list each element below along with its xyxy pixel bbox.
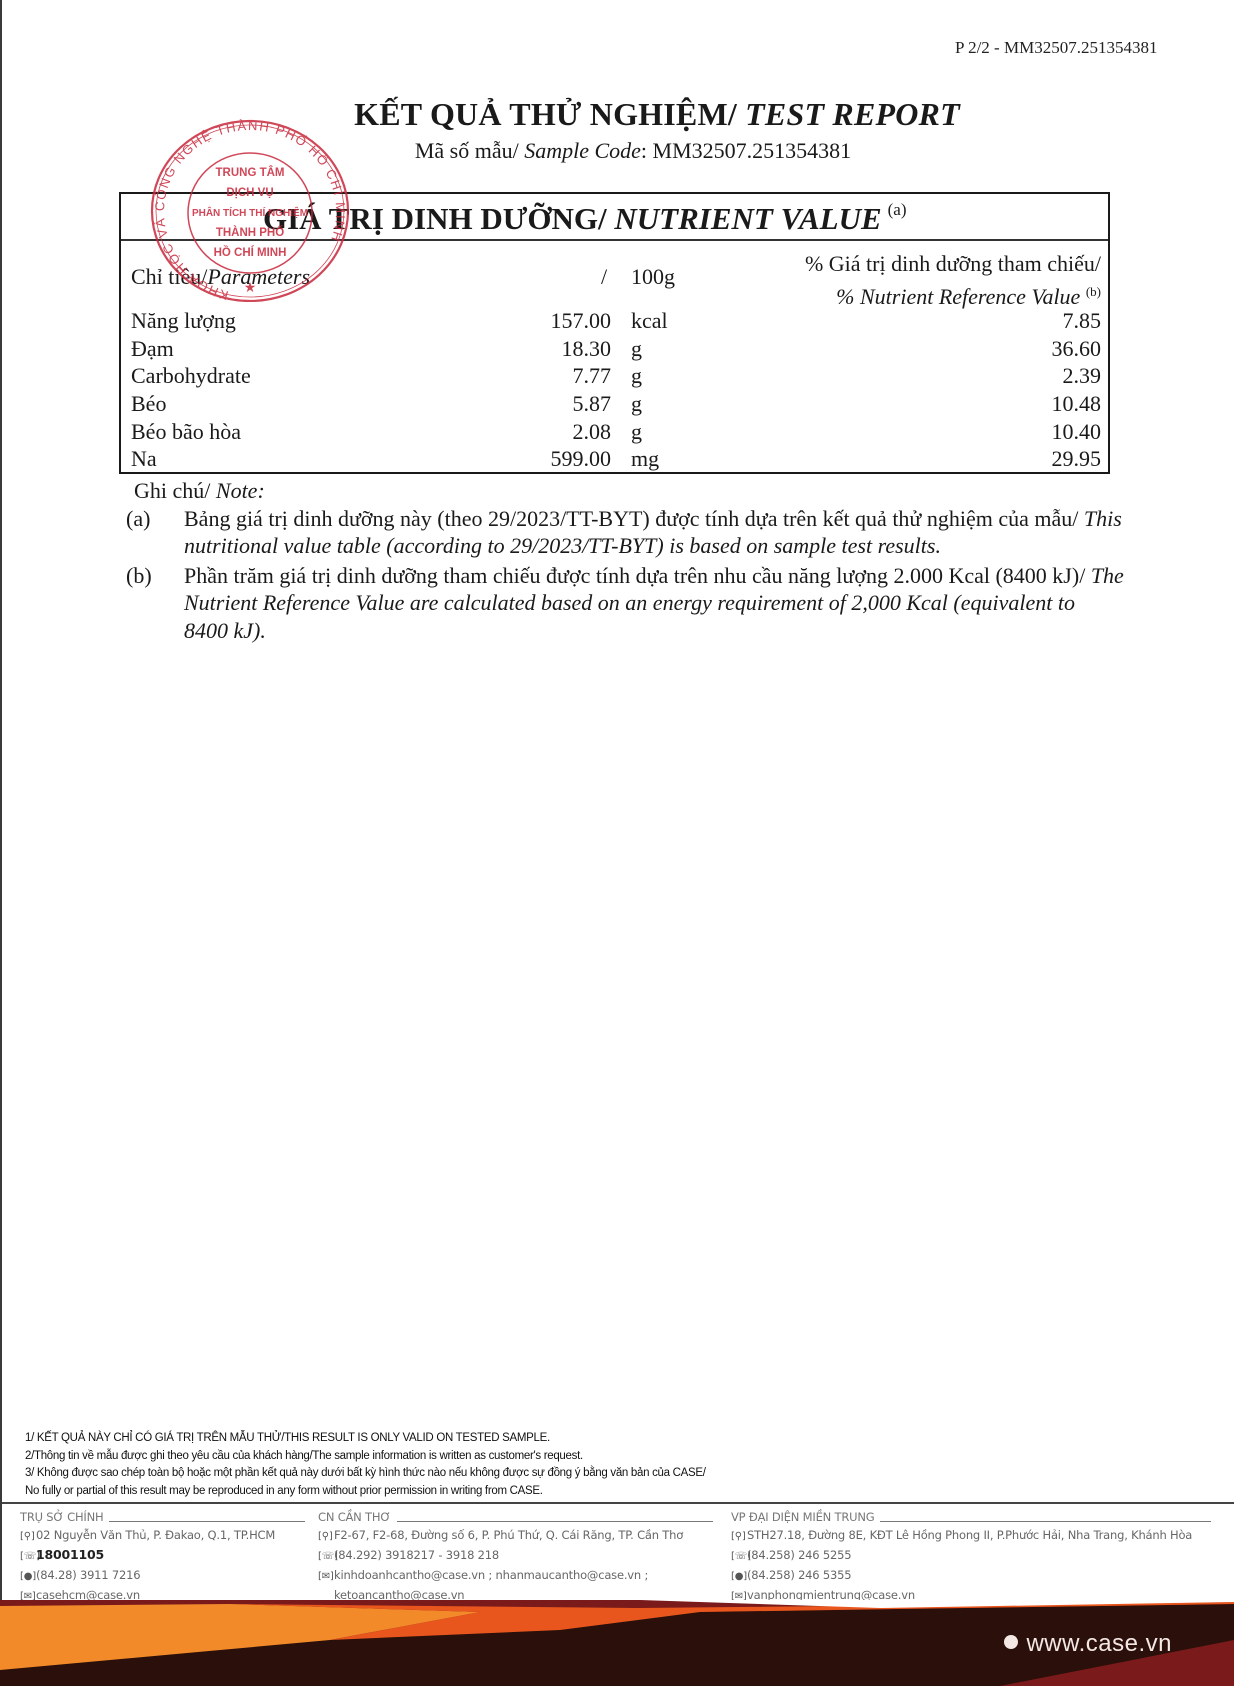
- website-link[interactable]: www.case.vn: [1004, 1630, 1172, 1658]
- note-a-vi: Bảng giá trị dinh dưỡng này (theo 29/202…: [184, 506, 1078, 531]
- header-nrv: % Giá trị dinh dưỡng tham chiếu/ % Nutri…: [805, 250, 1101, 311]
- table-title: GIÁ TRỊ DINH DƯỠNG/ NUTRIENT VALUE(a): [121, 194, 1108, 241]
- nutrient-nrv: 36.60: [1052, 335, 1102, 363]
- report-title-vi: KẾT QUẢ THỬ NGHIỆM/: [354, 96, 737, 132]
- nutrient-unit: mg: [631, 445, 659, 473]
- nutrient-name: Đạm: [131, 335, 174, 363]
- nutrient-value: 2.08: [573, 418, 612, 446]
- disclaimer-2: 2/Thông tin về mẫu được ghi theo yêu cầu…: [25, 1448, 706, 1466]
- footer-disclaimers: 1/ KẾT QUẢ NÀY CHỈ CÓ GIÁ TRỊ TRÊN MẪU T…: [25, 1430, 706, 1500]
- office-head: TRỤ SỞ CHÍNH [⚲]02 Nguyễn Văn Thủ, P. Đa…: [20, 1508, 305, 1606]
- table-row: Béo5.87g10.48: [121, 390, 1108, 418]
- nutrient-name: Carbohydrate: [131, 362, 251, 390]
- globe-icon: [1004, 1635, 1018, 1649]
- report-title: KẾT QUẢ THỬ NGHIỆM/ TEST REPORT: [0, 96, 1234, 133]
- phone-icon: [☏]: [731, 1548, 747, 1566]
- table-title-vi: GIÁ TRỊ DINH DƯỠNG/: [263, 201, 607, 236]
- nutrient-value: 5.87: [573, 390, 612, 418]
- notes-section: Ghi chú/ Note: (a) Bảng giá trị dinh dưỡ…: [124, 477, 1124, 644]
- nutrient-value: 599.00: [551, 445, 612, 473]
- disclaimer-4: No fully or partial of this result may b…: [25, 1483, 706, 1501]
- nutrient-nrv: 29.95: [1052, 445, 1102, 473]
- nutrient-unit: g: [631, 335, 642, 363]
- nutrient-value: 7.77: [573, 362, 612, 390]
- nutrient-table: GIÁ TRỊ DINH DƯỠNG/ NUTRIENT VALUE(a) Ch…: [119, 192, 1110, 474]
- nutrient-name: Na: [131, 445, 157, 473]
- nutrient-nrv: 10.48: [1052, 390, 1102, 418]
- page-reference: P 2/2 - MM32507.251354381: [955, 38, 1157, 58]
- report-title-en: TEST REPORT: [745, 96, 960, 132]
- nutrient-value: 157.00: [551, 307, 612, 335]
- office-central: VP ĐẠI DIỆN MIỀN TRUNG [⚲]STH27.18, Đườn…: [731, 1508, 1211, 1606]
- disclaimer-3: 3/ Không được sao chép toàn bộ hoặc một …: [25, 1465, 706, 1483]
- svg-text:TRUNG TÂM: TRUNG TÂM: [216, 166, 285, 179]
- header-per-100g: 100g: [631, 264, 675, 290]
- fax-icon: [●]: [20, 1568, 36, 1586]
- nutrient-unit: g: [631, 390, 642, 418]
- disclaimer-1: 1/ KẾT QUẢ NÀY CHỈ CÓ GIÁ TRỊ TRÊN MẪU T…: [25, 1430, 706, 1448]
- sample-code-label-en: Sample Code: [524, 138, 641, 163]
- nutrient-name: Năng lượng: [131, 307, 236, 335]
- table-row: Na599.00mg29.95: [121, 445, 1108, 473]
- nutrient-unit: g: [631, 362, 642, 390]
- sample-code-label-vi: Mã số mẫu/: [415, 138, 519, 163]
- note-b-label: (b): [126, 562, 152, 590]
- notes-heading: Ghi chú/ Note:: [124, 477, 1124, 505]
- table-title-en: NUTRIENT VALUE: [614, 201, 881, 236]
- note-a: (a) Bảng giá trị dinh dưỡng này (theo 29…: [124, 505, 1124, 560]
- nutrient-unit: g: [631, 418, 642, 446]
- hotline: 18001105: [36, 1547, 104, 1562]
- table-body: Năng lượng157.00kcal7.85Đạm18.30g36.60Ca…: [121, 307, 1108, 473]
- email-icon: [✉]: [318, 1568, 334, 1586]
- location-icon: [⚲]: [318, 1528, 334, 1546]
- nutrient-unit: kcal: [631, 307, 668, 335]
- nutrient-name: Béo bão hòa: [131, 418, 241, 446]
- nutrient-name: Béo: [131, 390, 166, 418]
- table-row: Năng lượng157.00kcal7.85: [121, 307, 1108, 335]
- table-title-note: (a): [888, 200, 907, 219]
- note-a-label: (a): [126, 505, 150, 533]
- location-icon: [⚲]: [731, 1528, 747, 1546]
- nutrient-nrv: 2.39: [1063, 362, 1102, 390]
- page-edge: [0, 0, 2, 1686]
- sample-code: Mã số mẫu/ Sample Code: MM32507.25135438…: [0, 138, 1234, 164]
- nutrient-nrv: 10.40: [1052, 418, 1102, 446]
- table-row: Carbohydrate7.77g2.39: [121, 362, 1108, 390]
- location-icon: [⚲]: [20, 1528, 36, 1546]
- nutrient-value: 18.30: [562, 335, 612, 363]
- header-parameters: Chỉ tiêu/Parameters: [131, 264, 310, 290]
- phone-icon: [☏]: [318, 1548, 334, 1566]
- header-slash: /: [601, 264, 607, 290]
- note-b-vi: Phần trăm giá trị dinh dưỡng tham chiếu …: [184, 563, 1085, 588]
- sample-code-value: MM32507.251354381: [653, 138, 852, 163]
- phone-icon: [☏]: [20, 1548, 36, 1566]
- table-row: Đạm18.30g36.60: [121, 335, 1108, 363]
- fax-icon: [●]: [731, 1568, 747, 1586]
- nutrient-nrv: 7.85: [1063, 307, 1102, 335]
- table-row: Béo bão hòa2.08g10.40: [121, 418, 1108, 446]
- footer-divider: [2, 1502, 1234, 1504]
- note-b: (b) Phần trăm giá trị dinh dưỡng tham ch…: [124, 562, 1124, 645]
